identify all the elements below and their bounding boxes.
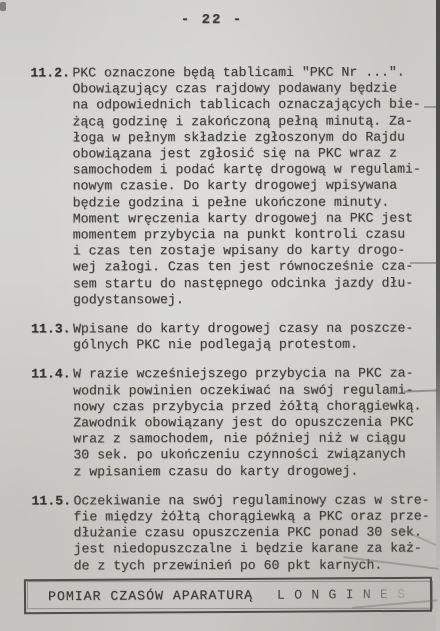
stamp-brand: LONGINES [277,587,414,603]
text-line: na odpowiednich tablicach oznaczających … [72,97,425,114]
text-line: wej załogi. Czas ten jest równocześnie c… [73,259,426,276]
stamp-label: POMIAR CZASÓW APARATURĄ [48,588,253,604]
text-line: gólnych PKC nie podlegają protestom. [73,337,426,354]
section-number: 11.5. [31,493,71,509]
stamp-box: POMIAR CZASÓW APARATURĄ LONGINES [24,577,432,614]
text-line: W razie wcześniejszego przybycia na PKC … [73,366,426,383]
text-line: samochodem i podać kartę drogową w regul… [73,162,426,179]
text-line: łoga w pełnym składzie zgłoszonym do Raj… [72,129,425,146]
text-line: obowiązana jest zgłosić się na PKC wraz … [73,145,426,162]
section-number: 11.3. [31,321,71,337]
text-line: fie między żółtą chorągiewką a PKC oraz … [73,509,426,526]
section-paragraph: W razie wcześniejszego przybycia na PKC … [73,366,426,480]
section: 11.2. PKC oznaczone będą tablicami "PKC … [30,64,426,308]
text-line: z wpisaniem czasu do karty drogowej. [73,463,426,480]
text-line: momentem przybycia na punkt kontroli cza… [73,227,426,244]
text-line: będzie godzina i pełne ukończone minuty. [73,194,426,211]
section-paragraph: Oczekiwanie na swój regulaminowy czas w … [73,492,426,574]
section-paragraph: PKC oznaczone będą tablicami "PKC Nr ...… [72,64,426,308]
text-line: sem startu do następnego odcinka jazdy d… [73,275,426,292]
text-line: jest niedopuszczalne i będzie karane za … [74,541,427,558]
section: 11.5. Oczekiwanie na swój regulaminowy c… [31,492,426,574]
text-line: dłużanie czasu opuszczenia PKC ponad 30 … [74,525,427,542]
section: 11.3. Wpisane do karty drogowej czasy na… [31,321,426,354]
text-line: Oczekiwanie na swój regulaminowy czas w … [73,492,426,509]
paper-speck [0,2,6,11]
sections-container: 11.2. PKC oznaczone będą tablicami "PKC … [30,64,426,587]
margin-mark [424,106,436,108]
scanned-document-page: - 22 - 11.2. PKC oznaczone będą tablicam… [0,0,440,631]
text-line: Moment wręczenia karty drogowej na PKC j… [73,210,426,227]
section-paragraph: Wpisane do karty drogowej czasy na poszc… [73,321,426,354]
section: 11.4. W razie wcześniejszego przybycia n… [31,366,426,480]
scan-edge-shadow [436,0,440,631]
text-line: wraz z samochodem, nie później niż w cią… [73,431,426,448]
text-line: wodnik powinien oczekiwać na swój regula… [73,382,426,399]
text-line: Zawodnik obowiązany jest do opuszczenia … [73,415,426,432]
text-line: 30 sek. po ukończeniu czynności związany… [73,447,426,464]
text-line: PKC oznaczone będą tablicami "PKC Nr ...… [72,64,425,81]
text-line: de z tych przewinień po 60 pkt karnych. [74,557,427,574]
text-line: godystansowej. [73,291,426,308]
text-line: i czas ten zostaje wpisany do karty drog… [73,243,426,260]
text-line: żącą godzinę i zakończoną pełną minutą. … [72,113,425,130]
section-number: 11.4. [31,367,71,383]
text-line: nowy czas przybycia przed żółtą chorągie… [73,398,426,415]
text-line: Wpisane do karty drogowej czasy na poszc… [73,321,426,338]
section-number: 11.2. [30,65,70,81]
text-line: nowym czasie. Do karty drogowej wpisywan… [73,178,426,195]
text-line: Obowiązujący czas rajdowy podawany będzi… [72,81,425,98]
page-number: - 22 - [0,12,432,28]
